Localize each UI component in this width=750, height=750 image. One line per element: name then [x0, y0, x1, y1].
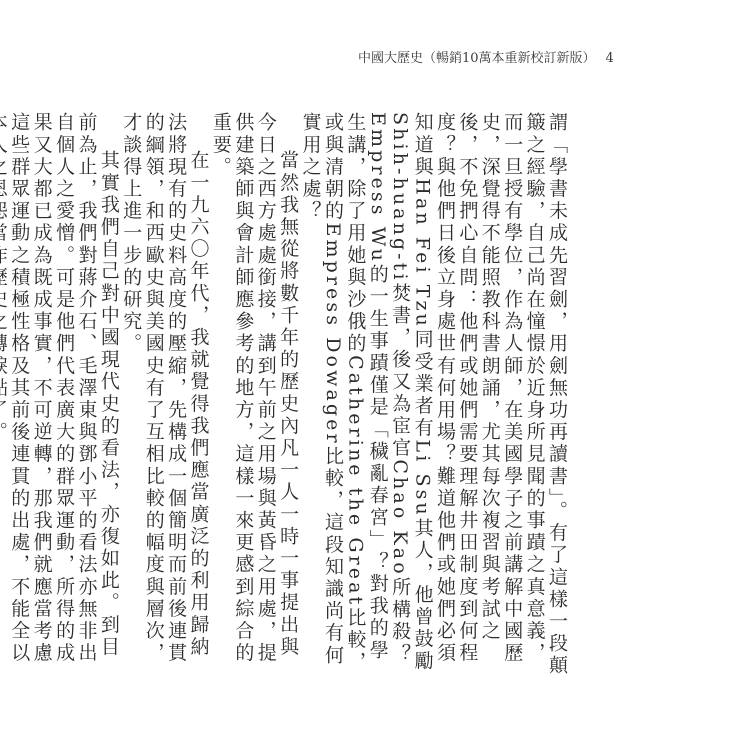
- paragraph-2: 當然我無從將數千年的歷史內凡一人一時一事提出與今日之西方處處銜接，講到午前之用場…: [210, 112, 300, 678]
- book-page: 中國大歷史（暢銷10萬本重新校訂新版）4 謂「學書未成先習劍，用劍無功再讀書」。…: [0, 0, 750, 750]
- running-header: 中國大歷史（暢銷10萬本重新校訂新版）4: [358, 50, 614, 68]
- paragraph-1: 謂「學書未成先習劍，用劍無功再讀書」。有了這樣一段顛簸之經驗，自己尚在憧憬於近身…: [299, 112, 568, 678]
- vertical-body-text: 謂「學書未成先習劍，用劍無功再讀書」。有了這樣一段顛簸之經驗，自己尚在憧憬於近身…: [0, 112, 568, 678]
- book-title: 中國大歷史（暢銷10萬本重新校訂新版）: [358, 51, 596, 66]
- paragraph-4: 其實我們自己對中國現代史的看法，亦復如此。到目前為止，我們對蔣介石、毛澤東與鄧小…: [0, 112, 120, 678]
- page-number: 4: [606, 51, 614, 66]
- paragraph-3: 在一九六〇年代，我就覺得我們應當廣泛的利用歸納法將現有的史料高度的壓縮，先構成一…: [120, 112, 210, 678]
